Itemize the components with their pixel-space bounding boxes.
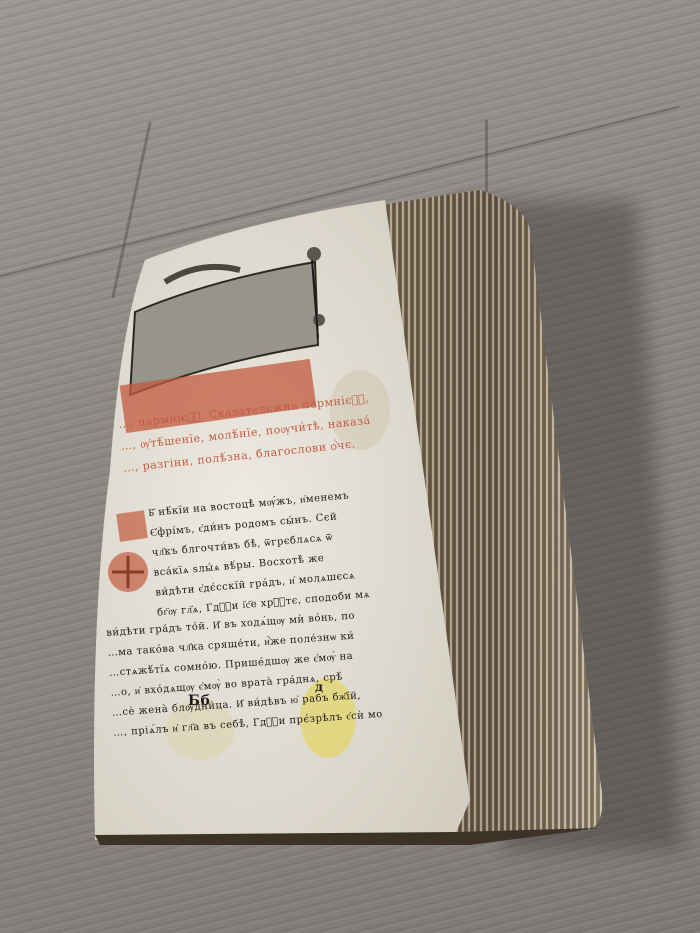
page-letter: д — [315, 680, 324, 694]
signature-mark: Бб — [188, 693, 210, 709]
old-book — [0, 0, 700, 933]
